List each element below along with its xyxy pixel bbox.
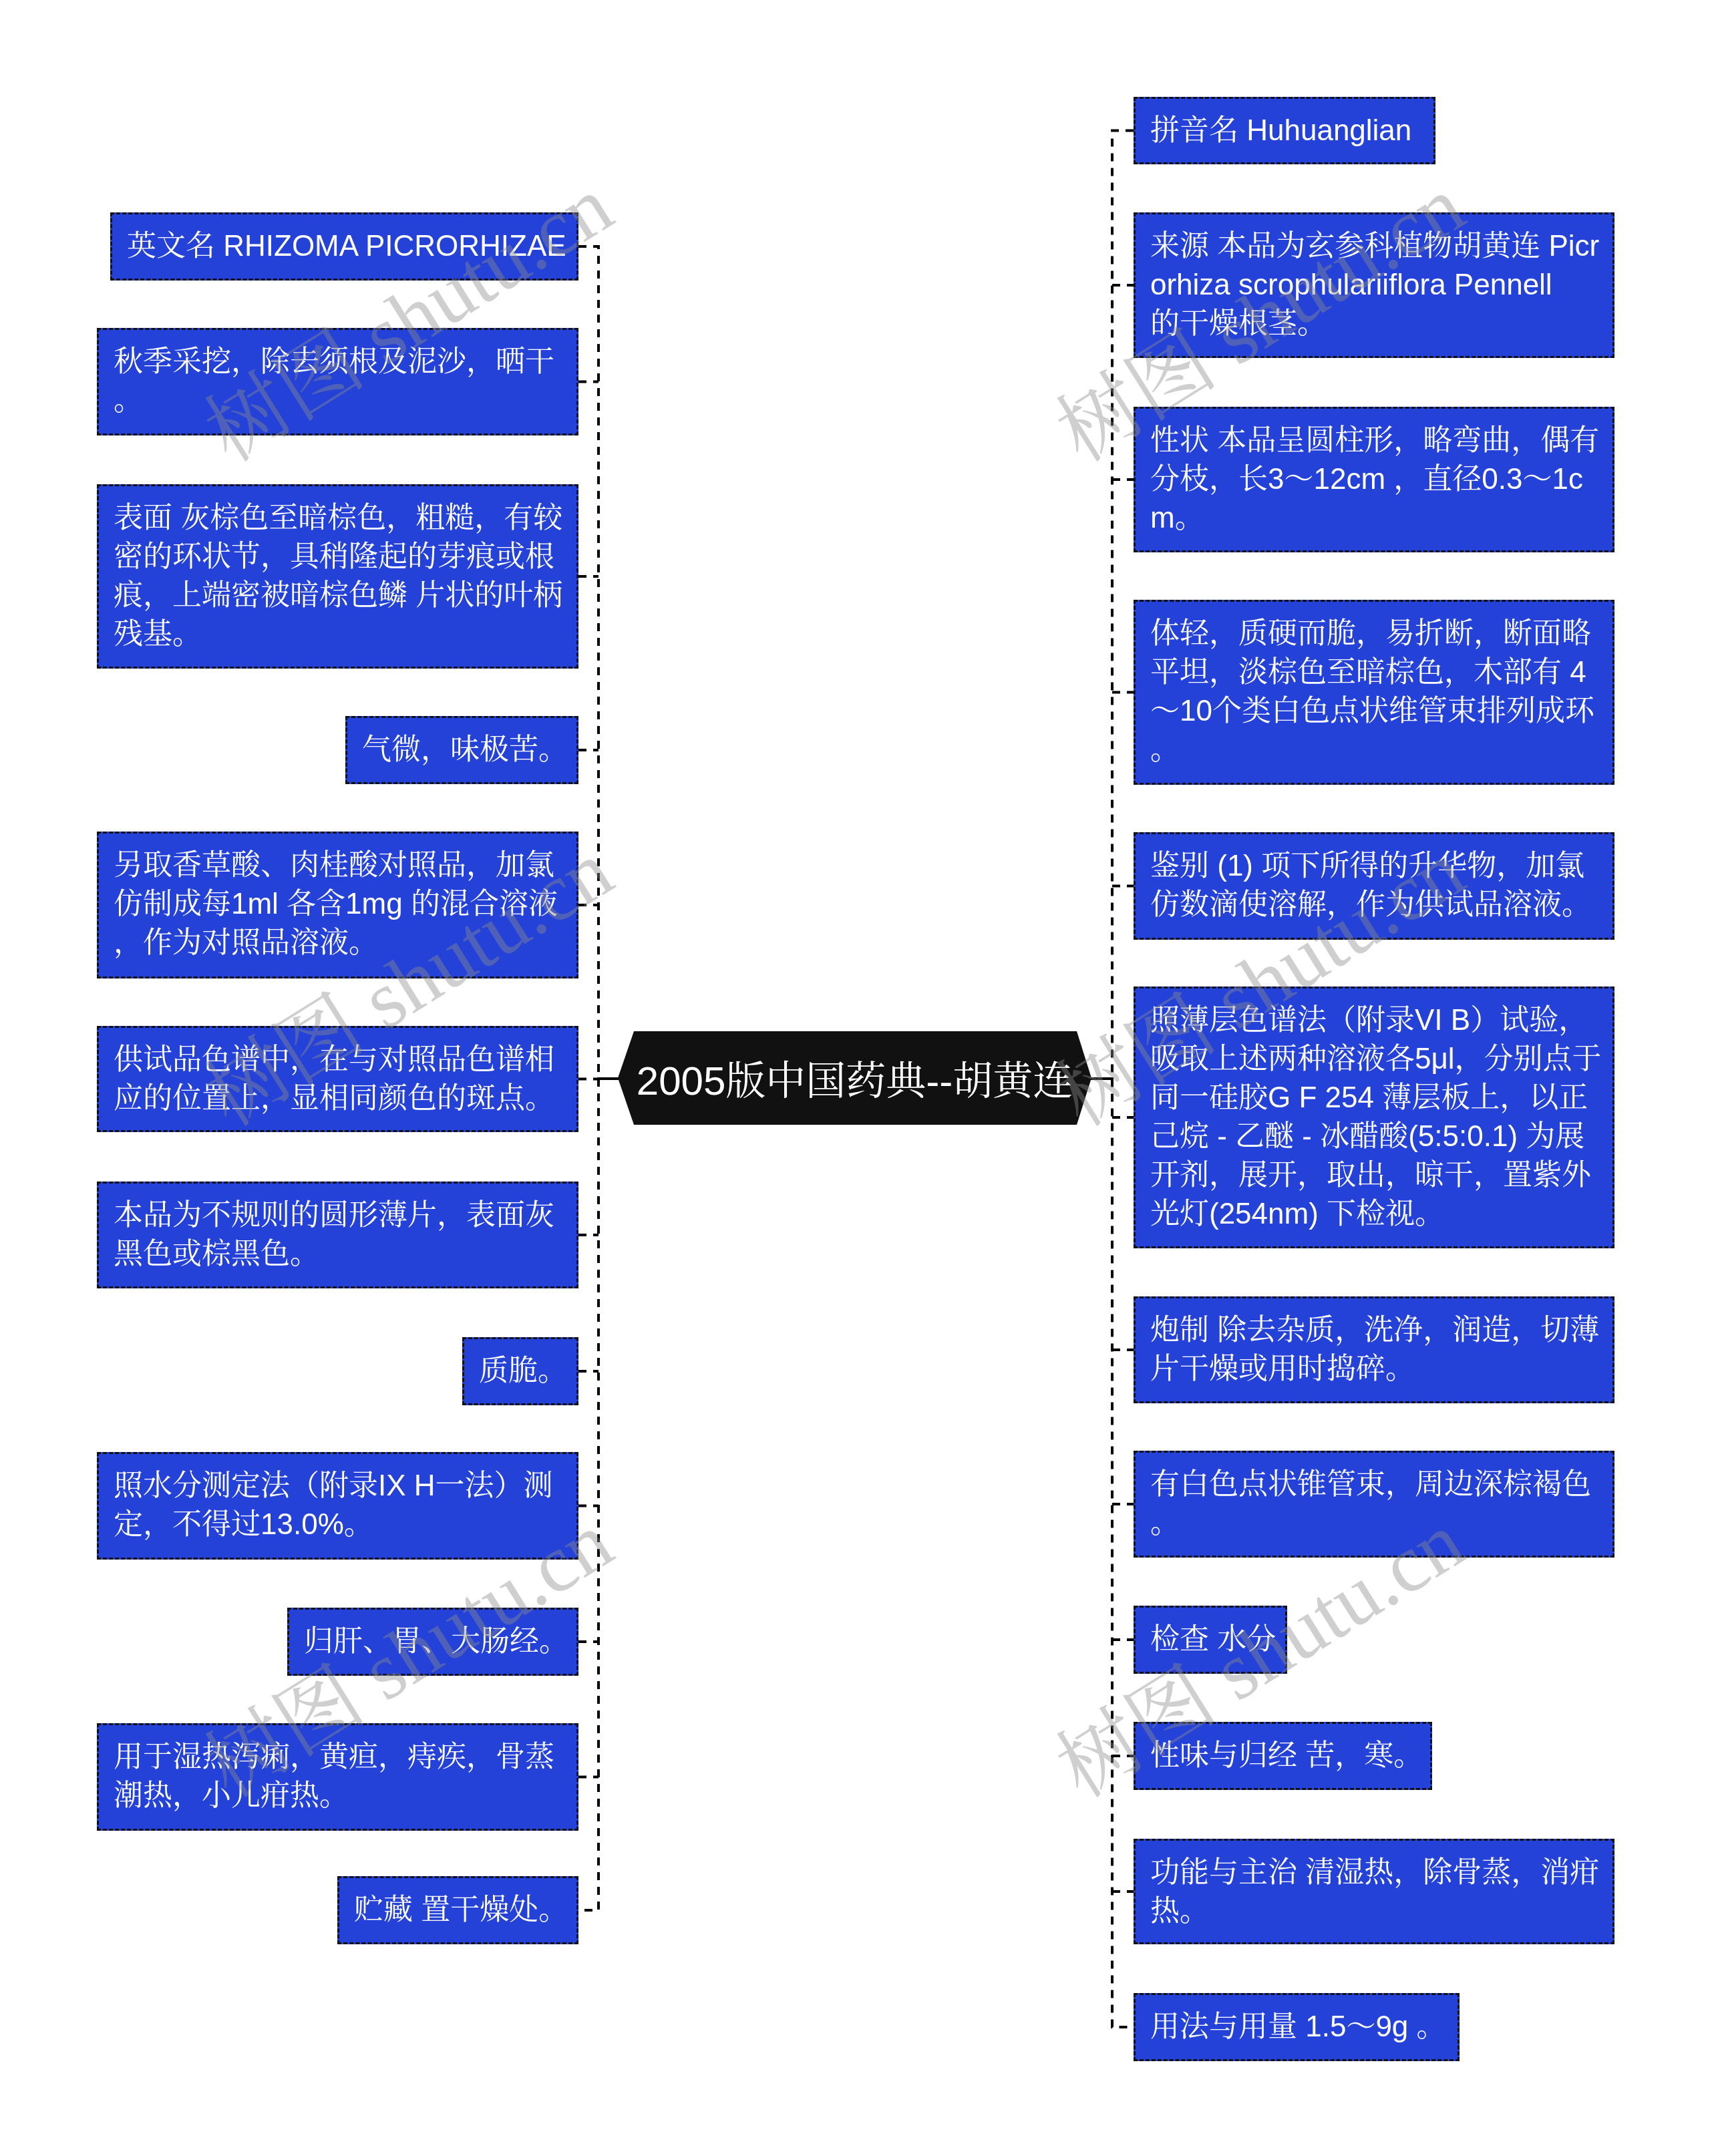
left-branch-node-indications: 用于湿热泻痢，黄疸，痔疾，骨蒸 潮热，小儿疳热。 xyxy=(97,1723,578,1831)
left-branch-node-slice-description: 本品为不规则的圆形薄片，表面灰 黑色或棕黑色。 xyxy=(97,1182,578,1288)
left-branch-node-chromatogram-result: 供试品色谱中，在与对照品色谱相 应的位置上，显相同颜色的斑点。 xyxy=(97,1026,578,1132)
left-branch-node-texture: 质脆。 xyxy=(462,1337,578,1405)
right-branch-node-tlc-method: 照薄层色谱法（附录VI B）试验， 吸取上述两种溶液各5μl，分别点于 同一硅胶… xyxy=(1134,986,1614,1248)
right-branch-node-vascular-bundle: 有白色点状锥管束，周边深棕褐色 。 xyxy=(1134,1451,1614,1558)
right-branch-node-processing: 炮制 除去杂质，洗净，润造，切薄 片干燥或用时捣碎。 xyxy=(1134,1296,1614,1403)
right-branch-node-dosage: 用法与用量 1.5～9g 。 xyxy=(1134,1993,1460,2061)
left-branch-node-reference-solution: 另取香草酸、肉桂酸对照品，加氯 仿制成每1ml 各含1mg 的混合溶液 ，作为对… xyxy=(97,832,578,978)
left-branch-node-surface: 表面 灰棕色至暗棕色，粗糙，有较 密的环状节，具稍隆起的芽痕或根 痕，上端密被暗… xyxy=(97,484,578,669)
left-branch-node-water-test: 照水分测定法（附录IX H一法）测 定，不得过13.0%。 xyxy=(97,1452,578,1560)
right-branch-node-fracture: 体轻，质硬而脆，易折断，断面略 平坦，淡棕色至暗棕色，木部有 4 ～10个类白色… xyxy=(1134,600,1614,785)
mind-map-canvas: 2005版中国药典--胡黄连 英文名 RHIZOMA PICRORHIZAE 秋… xyxy=(0,0,1710,2156)
right-branch-node-characteristics: 性状 本品呈圆柱形，略弯曲，偶有 分枝，长3～12cm ，直径0.3～1c m。 xyxy=(1134,407,1614,552)
left-branch-node-storage: 贮藏 置干燥处。 xyxy=(337,1876,578,1944)
right-branch-node-source: 来源 本品为玄参科植物胡黄连 Picr orhiza scrophulariif… xyxy=(1134,212,1614,358)
left-branch-node-harvest: 秋季采挖，除去须根及泥沙，晒干 。 xyxy=(97,328,578,435)
right-branch-node-pinyin-name: 拼音名 Huhuanglian xyxy=(1134,97,1435,164)
right-branch-node-nature-meridian: 性味与归经 苦，寒。 xyxy=(1134,1722,1432,1790)
left-branch-node-odor-taste: 气微，味极苦。 xyxy=(345,716,578,784)
left-branch-node-meridian: 归肝、胃、大肠经。 xyxy=(287,1608,578,1676)
right-branch-node-functions: 功能与主治 清湿热，除骨蒸，消疳 热。 xyxy=(1134,1839,1614,1944)
left-branch-node-english-name: 英文名 RHIZOMA PICRORHIZAE xyxy=(110,212,578,281)
right-trunk-connector xyxy=(1112,131,1134,2028)
central-topic-node: 2005版中国药典--胡黄连 xyxy=(618,1031,1091,1125)
right-branch-node-inspection: 检查 水分 xyxy=(1134,1606,1287,1674)
central-topic-label: 2005版中国药典--胡黄连 xyxy=(637,1049,1073,1107)
right-branch-node-identification: 鉴别 (1) 项下所得的升华物，加氯 仿数滴使溶解，作为供试品溶液。 xyxy=(1134,832,1614,940)
